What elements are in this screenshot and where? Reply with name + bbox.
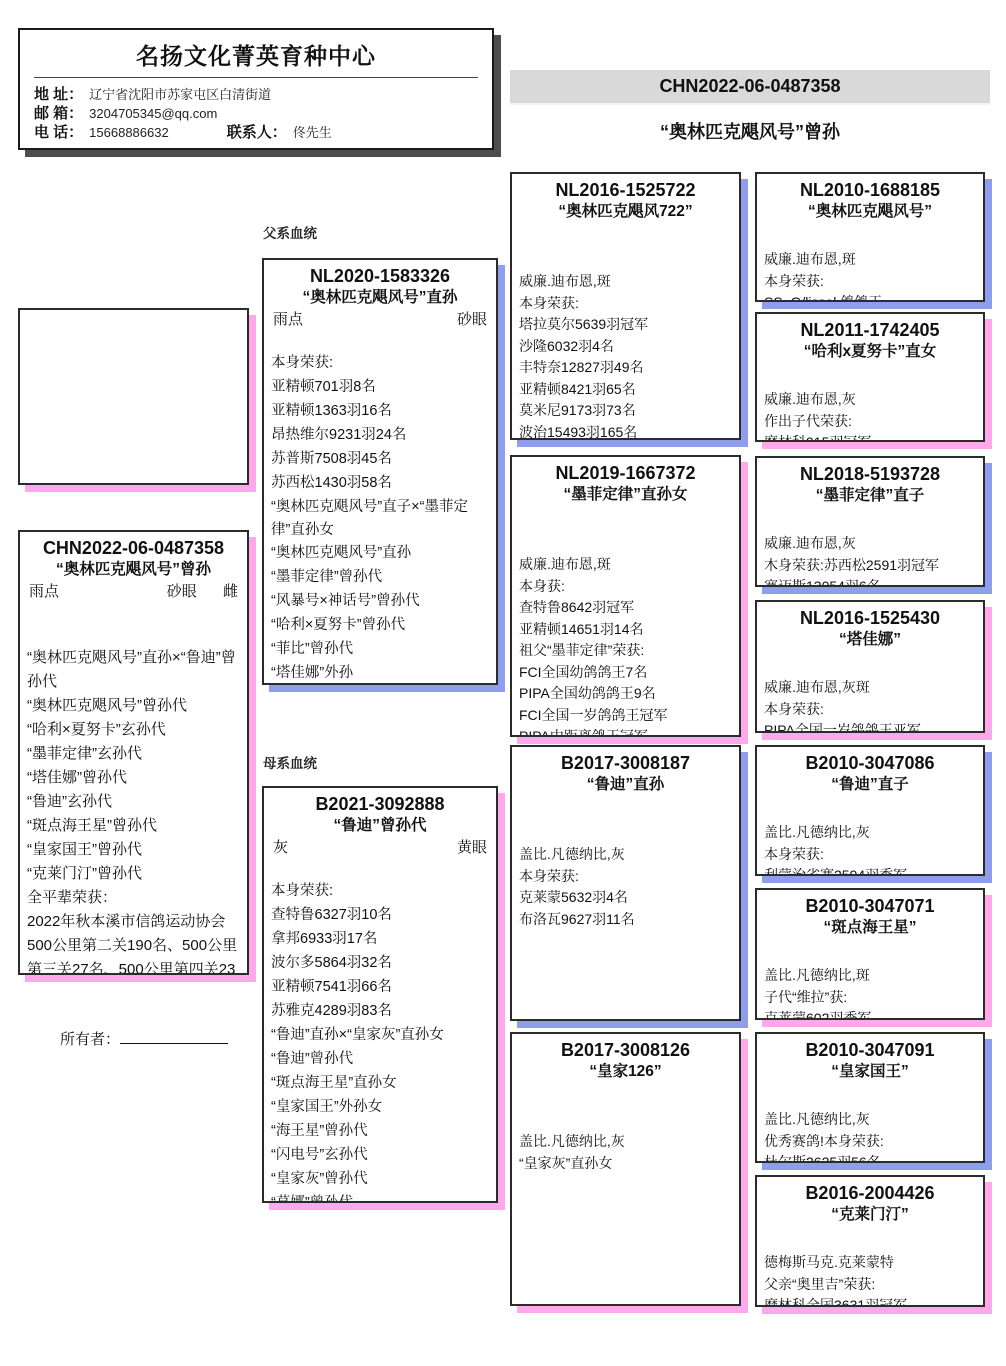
detail-line: 塔拉莫尔5639羽冠军 xyxy=(519,314,732,336)
detail-line: “奥林匹克飓风号”直孙×“鲁迪”曾孙代 xyxy=(27,646,240,694)
photo-placeholder-box xyxy=(18,308,249,485)
detail-line: 查特鲁8642羽冠军 xyxy=(519,597,732,619)
bird-details: 德梅斯马克.克莱蒙特父亲“奥里吉”荣获:摩林科全国3631羽冠军 xyxy=(764,1252,976,1307)
detail-line: 全平辈荣获： xyxy=(27,886,240,910)
feather-color: 灰 xyxy=(273,837,288,858)
detail-line: PIPA全国一岁鸽鸽王亚军 xyxy=(764,720,976,733)
sire-line-label: 父系血统 xyxy=(263,222,317,242)
detail-line: 盖比.凡德纳比,灰 xyxy=(519,844,732,866)
detail-line: 本身荣获: xyxy=(271,880,489,904)
detail-line: 本身获: xyxy=(519,576,732,598)
detail-line: 父亲“奥里吉”荣获: xyxy=(764,1274,976,1296)
detail-line: 祖父“墨菲定律”荣获: xyxy=(519,640,732,662)
phone-value: 15668886632 xyxy=(89,123,169,142)
ring-number: NL2019-1667372 xyxy=(519,462,732,484)
dam-line-label: 母系血统 xyxy=(263,752,317,772)
detail-line: 2022年秋本溪市信鸽运动协会500公里第二关190名、500公里第三关27名、… xyxy=(27,910,240,975)
email-label: 邮 箱： xyxy=(34,104,83,123)
bird-details: 本身荣获:亚精顿701羽8名亚精顿1363羽16名昂热维尔9231羽24名苏普斯… xyxy=(271,352,489,685)
detail-line: 亚精顿1363羽16名 xyxy=(271,400,489,424)
address-row: 地 址： 辽宁省沈阳市苏家屯区白清街道 xyxy=(34,85,478,104)
detail-line: PIPA中距离鸽王冠军 xyxy=(519,726,732,737)
bird-details: 盖比.凡德纳比,灰优秀赛鸽!本身荣获:杜尔斯2625羽56名 xyxy=(764,1109,976,1163)
great-grandparent-box: NL2010-1688185 “奥林匹克飓风号” 威廉.迪布恩,斑本身荣获:SS… xyxy=(755,172,985,302)
ring-number: B2010-3047071 xyxy=(764,895,976,917)
grandparent-box: B2017-3008126 “皇家126” 盖比.凡德纳比,灰“皇家灰”直孙女 xyxy=(510,1032,741,1306)
bird-details: 威廉.迪布恩,斑本身荣获:SS. G/ljssel 鸽鸽王 xyxy=(764,249,976,302)
detail-line: “皇家灰”直孙女 xyxy=(519,1153,732,1175)
email-row: 邮 箱： 3204705345@qq.com xyxy=(34,104,478,123)
ring-number: B2017-3008126 xyxy=(519,1039,732,1061)
detail-line: 子代“维拉”获: xyxy=(764,987,976,1009)
grandparent-box: NL2019-1667372 “墨菲定律”直孙女 威廉.迪布恩,斑本身获:查特鲁… xyxy=(510,455,741,737)
bird-name: “塔佳娜” xyxy=(764,629,976,651)
ring-number: NL2011-1742405 xyxy=(764,319,976,341)
detail-line: 波治15493羽165名 xyxy=(519,422,732,441)
bird-name: “墨菲定律”直孙女 xyxy=(519,484,732,506)
detail-line: 塞迈斯13054羽6名 xyxy=(764,576,976,587)
detail-line: 拿邦6933羽17名 xyxy=(271,928,489,952)
ring-number: NL2010-1688185 xyxy=(764,179,976,201)
owner-blank-line xyxy=(120,1030,228,1044)
detail-line: “哈利×夏努卡”玄孙代 xyxy=(27,718,240,742)
address-value: 辽宁省沈阳市苏家屯区白清街道 xyxy=(89,85,271,104)
great-grandparent-box: NL2011-1742405 “哈利x夏努卡”直女 威廉.迪布恩,灰作出子代荣获… xyxy=(755,312,985,442)
detail-line: 利蒙治省赛2594羽季军 xyxy=(764,865,976,876)
detail-line: “斑点海王星”直孙女 xyxy=(271,1072,489,1096)
eye-color: 砂眼 xyxy=(457,309,487,330)
detail-line: 威廉.迪布恩,灰 xyxy=(764,389,976,411)
detail-line: 克莱蒙602羽季军 xyxy=(764,1008,976,1020)
detail-line: 亚精顿8421羽65名 xyxy=(519,379,732,401)
detail-line: FCI全国一岁鸽鸽王冠军 xyxy=(519,705,732,727)
detail-line: “皇家国王”曾孙代 xyxy=(27,838,240,862)
detail-line: “哈利×夏努卡”曾孙代 xyxy=(271,614,489,638)
center-contact-info: 地 址： 辽宁省沈阳市苏家屯区白清街道 邮 箱： 3204705345@qq.c… xyxy=(34,85,478,142)
detail-line: 亚精顿7541羽66名 xyxy=(271,976,489,1000)
detail-line: “奥林匹克飓风号”直子×“墨菲定律”直孙女 xyxy=(271,496,489,542)
detail-line: 木身荣获:苏西松2591羽冠军 xyxy=(764,555,976,577)
detail-line: SS. G/ljssel 鸽鸽王 xyxy=(764,292,976,302)
document-subtitle: “奥林匹克飓风号”曾孙 xyxy=(510,118,990,144)
owner-label: 所有者： xyxy=(60,1031,120,1048)
detail-line: “鲁迪”直孙×“皇家灰”直孙女 xyxy=(271,1024,489,1048)
detail-line: 本身荣获: xyxy=(519,293,732,315)
ring-number: NL2016-1525722 xyxy=(519,179,732,201)
detail-line: 本身荣获: xyxy=(764,699,976,721)
detail-line: 查特鲁6327羽10名 xyxy=(271,904,489,928)
detail-line: 波尔多5864羽32名 xyxy=(271,952,489,976)
detail-line: 威廉.迪布恩,斑 xyxy=(764,249,976,271)
color-eye-row: 灰 黄眼 xyxy=(271,837,489,858)
ring-number: B2021-3092888 xyxy=(271,793,489,815)
bird-details: 威廉.迪布恩,灰斑本身荣获:PIPA全国一岁鸽鸽王亚军 xyxy=(764,677,976,733)
detail-line: 本身荣获: xyxy=(764,844,976,866)
detail-line: 苏西松1430羽58名 xyxy=(271,472,489,496)
ring-number: CHN2022-06-0487358 xyxy=(27,537,240,559)
main-bird-box: CHN2022-06-0487358 “奥林匹克飓风号”曾孙 雨点 砂眼 雌 “… xyxy=(18,530,249,975)
mother-box: B2021-3092888 “鲁迪”曾孙代 灰 黄眼 本身荣获:查特鲁6327羽… xyxy=(262,786,498,1203)
bird-name: “奥林匹克飓风号” xyxy=(764,201,976,223)
bird-name: “鲁迪”直子 xyxy=(764,774,976,796)
eye-color: 黄眼 xyxy=(457,837,487,858)
ring-number: B2010-3047086 xyxy=(764,752,976,774)
detail-line: 丰特奈12827羽49名 xyxy=(519,357,732,379)
bird-details: 盖比.凡德纳比,灰本身荣获:利蒙治省赛2594羽季军 xyxy=(764,822,976,876)
great-grandparent-box: NL2016-1525430 “塔佳娜” 威廉.迪布恩,灰斑本身荣获:PIPA全… xyxy=(755,600,985,733)
bird-details: 威廉.迪布恩,斑本身获:查特鲁8642羽冠军亚精顿14651羽14名祖父“墨菲定… xyxy=(519,554,732,737)
eye-color: 砂眼 xyxy=(167,583,197,600)
phone-label: 电 话： xyxy=(34,123,83,142)
detail-line: 盖比.凡德纳比,灰 xyxy=(764,1109,976,1131)
detail-line: 德梅斯马克.克莱蒙特 xyxy=(764,1252,976,1274)
detail-line: “斑点海王星”曾孙代 xyxy=(27,814,240,838)
bird-name: “奥林匹克飓风号”直孙 xyxy=(271,287,489,309)
detail-line: “皇家灰”曾孙代 xyxy=(271,1168,489,1192)
bird-details: 威廉.迪布恩,斑本身荣获:塔拉莫尔5639羽冠军沙隆6032羽4名丰特奈1282… xyxy=(519,271,732,440)
detail-line: “鲁迪”玄孙代 xyxy=(27,790,240,814)
detail-line: “克莱门汀”曾孙代 xyxy=(27,862,240,886)
detail-line: 优秀赛鸽!本身荣获: xyxy=(764,1131,976,1153)
detail-line: 昂热维尔9231羽24名 xyxy=(271,424,489,448)
address-label: 地 址： xyxy=(34,85,83,104)
ring-number: B2016-2004426 xyxy=(764,1182,976,1204)
detail-line: “莫娜”曾孙代 xyxy=(271,1192,489,1203)
bird-details: “奥林匹克飓风号”直孙×“鲁迪”曾孙代“奥林匹克飓风号”曾孙代“哈利×夏努卡”玄… xyxy=(27,646,240,975)
detail-line: “皇家国王”外孙女 xyxy=(271,1096,489,1120)
contact-label: 联系人： xyxy=(227,123,287,142)
bird-details: 威廉.迪布恩,灰作出子代荣获:摩林科915羽冠军 xyxy=(764,389,976,442)
bird-details: 盖比.凡德纳比,灰“皇家灰”直孙女 xyxy=(519,1131,732,1174)
phone-row: 电 话： 15668886632 联系人： 佟先生 xyxy=(34,123,478,142)
detail-line: 本身荣获: xyxy=(764,271,976,293)
detail-line: 盖比.凡德纳比,灰 xyxy=(519,1131,732,1153)
detail-line: “风暴号×神话号”曾孙代 xyxy=(271,590,489,614)
detail-line: 摩林科全国3631羽冠军 xyxy=(764,1295,976,1307)
grandparent-box: B2017-3008187 “鲁迪”直孙 盖比.凡德纳比,灰本身荣获:克莱蒙56… xyxy=(510,745,741,1021)
feather-color: 雨点 xyxy=(273,309,303,330)
detail-line: 亚精顿701羽8名 xyxy=(271,376,489,400)
detail-line: 威廉.迪布恩,灰 xyxy=(764,533,976,555)
bird-name: “哈利x夏努卡”直女 xyxy=(764,341,976,363)
bird-details: 盖比.凡德纳比,斑子代“维拉”获:克莱蒙602羽季军 xyxy=(764,965,976,1020)
detail-line: “墨菲定律”玄孙代 xyxy=(27,742,240,766)
bird-details: 盖比.凡德纳比,灰本身荣获:克莱蒙5632羽4名布洛瓦9627羽11名 xyxy=(519,844,732,930)
bird-name: “皇家126” xyxy=(519,1061,732,1083)
detail-line: 莫米尼9173羽73名 xyxy=(519,400,732,422)
document-ring-title-bar: CHN2022-06-0487358 xyxy=(510,70,990,105)
bird-name: “鲁迪”曾孙代 xyxy=(271,815,489,837)
breeding-center-header: 名扬文化菁英育种中心 地 址： 辽宁省沈阳市苏家屯区白清街道 邮 箱： 3204… xyxy=(18,28,494,150)
great-grandparent-box: B2010-3047091 “皇家国王” 盖比.凡德纳比,灰优秀赛鸽!本身荣获:… xyxy=(755,1032,985,1163)
ring-number: NL2020-1583326 xyxy=(271,265,489,287)
detail-line: 杜尔斯2625羽56名 xyxy=(764,1152,976,1163)
detail-line: 威廉.迪布恩,斑 xyxy=(519,554,732,576)
contact-value: 佟先生 xyxy=(293,123,332,142)
father-box: NL2020-1583326 “奥林匹克飓风号”直孙 雨点 砂眼 本身荣获:亚精… xyxy=(262,258,498,685)
owner-row: 所有者： xyxy=(60,1028,228,1049)
color-eye-row: 雨点 砂眼 xyxy=(271,309,489,330)
detail-line: 沙隆6032羽4名 xyxy=(519,336,732,358)
detail-line: 威廉.迪布恩,灰斑 xyxy=(764,677,976,699)
bird-name: “鲁迪”直孙 xyxy=(519,774,732,796)
email-value: 3204705345@qq.com xyxy=(89,104,217,123)
great-grandparent-box: B2016-2004426 “克莱门汀” 德梅斯马克.克莱蒙特父亲“奥里吉”荣获… xyxy=(755,1175,985,1307)
center-title: 名扬文化菁英育种中心 xyxy=(34,38,478,78)
detail-line: “菲比”曾孙代 xyxy=(271,638,489,662)
bird-name: “皇家国王” xyxy=(764,1061,976,1083)
detail-line: 苏雅克4289羽83名 xyxy=(271,1000,489,1024)
grandparent-box: NL2016-1525722 “奥林匹克飓风722” 威廉.迪布恩,斑本身荣获:… xyxy=(510,172,741,440)
detail-line: “奥林匹克飓风号”直孙 xyxy=(271,542,489,566)
detail-line: “奥林匹克飓风号”曾孙代 xyxy=(27,694,240,718)
bird-details: 本身荣获:查特鲁6327羽10名拿邦6933羽17名波尔多5864羽32名亚精顿… xyxy=(271,880,489,1203)
bird-details: 威廉.迪布恩,灰木身荣获:苏西松2591羽冠军塞迈斯13054羽6名 xyxy=(764,533,976,587)
detail-line: “墨菲定律”曾孙代 xyxy=(271,566,489,590)
detail-line: 苏普斯7508羽45名 xyxy=(271,448,489,472)
bird-name: “奥林匹克飓风号”曾孙 xyxy=(27,559,240,581)
detail-line: 盖比.凡德纳比,灰 xyxy=(764,822,976,844)
detail-line: “塔佳娜”曾孙代 xyxy=(27,766,240,790)
feather-color: 雨点 xyxy=(29,581,59,602)
color-eye-row: 雨点 砂眼 雌 xyxy=(27,581,240,602)
detail-line: 布洛瓦9627羽11名 xyxy=(519,909,732,931)
ring-number: NL2016-1525430 xyxy=(764,607,976,629)
detail-line: “鲁迪”曾孙代 xyxy=(271,1048,489,1072)
sex: 雌 xyxy=(223,583,238,600)
detail-line: 本身荣获: xyxy=(271,352,489,376)
detail-line: 克莱蒙5632羽4名 xyxy=(519,887,732,909)
detail-line: 威廉.迪布恩,斑 xyxy=(519,271,732,293)
detail-line: 摩林科915羽冠军 xyxy=(764,432,976,442)
detail-line: FCI全国幼鸽鸽王7名 xyxy=(519,662,732,684)
bird-name: “墨菲定律”直子 xyxy=(764,485,976,507)
ring-number: B2010-3047091 xyxy=(764,1039,976,1061)
detail-line: 本身荣获: xyxy=(519,866,732,888)
ring-number: NL2018-5193728 xyxy=(764,463,976,485)
bird-name: “奥林匹克飓风722” xyxy=(519,201,732,223)
detail-line: “塔佳娜”外孙 xyxy=(271,662,489,685)
great-grandparent-box: B2010-3047071 “斑点海王星” 盖比.凡德纳比,斑子代“维拉”获:克… xyxy=(755,888,985,1020)
detail-line: 作出子代荣获: xyxy=(764,411,976,433)
great-grandparent-box: NL2018-5193728 “墨菲定律”直子 威廉.迪布恩,灰木身荣获:苏西松… xyxy=(755,456,985,587)
detail-line: “海王星”曾孙代 xyxy=(271,1120,489,1144)
bird-name: “斑点海王星” xyxy=(764,917,976,939)
bird-name: “克莱门汀” xyxy=(764,1204,976,1226)
detail-line: PIPA全国幼鸽鸽王9名 xyxy=(519,683,732,705)
great-grandparent-box: B2010-3047086 “鲁迪”直子 盖比.凡德纳比,灰本身荣获:利蒙治省赛… xyxy=(755,745,985,876)
detail-line: “闪电号”玄孙代 xyxy=(271,1144,489,1168)
ring-number: B2017-3008187 xyxy=(519,752,732,774)
detail-line: 亚精顿14651羽14名 xyxy=(519,619,732,641)
detail-line: 盖比.凡德纳比,斑 xyxy=(764,965,976,987)
